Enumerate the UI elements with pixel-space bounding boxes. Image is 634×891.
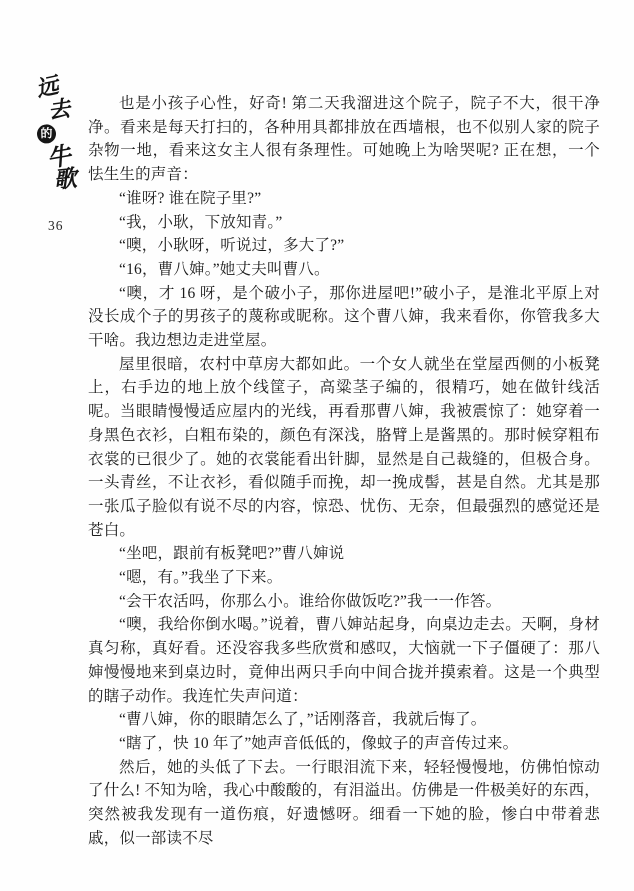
paragraph: 屋里很暗，农村中草房大都如此。一个女人就坐在堂屋西侧的小板凳上，右手边的地上放个… (88, 353, 600, 543)
page-number: 36 (48, 218, 64, 234)
paragraph: 然后，她的头低了下去。一行眼泪流下来，轻轻慢慢地，仿佛怕惊动了什么! 不知为啥，… (88, 756, 600, 851)
paragraph: “瞎了，快 10 年了”她声音低低的，像蚊子的声音传过来。 (88, 732, 600, 756)
logo-char-ge: 歌 (52, 167, 77, 192)
paragraph: “噢，我给你倒水喝。”说着，曹八婶站起身，向桌边走去。天啊，身材真匀称，真好看。… (88, 613, 600, 708)
paragraph: “我，小耿，下放知青。” (88, 211, 600, 235)
paragraph: “坐吧，跟前有板凳吧?”曹八婶说 (88, 542, 600, 566)
book-page: 远 去 的 牛 歌 36 也是小孩子心性，好奇! 第二天我溜进这个院子，院子不大… (0, 0, 634, 891)
paragraph: “嗯，有。”我坐了下来。 (88, 566, 600, 590)
logo-char-qu: 去 (47, 98, 72, 124)
paragraph: “谁呀? 谁在院子里?” (88, 187, 600, 211)
left-gutter: 远 去 的 牛 歌 36 (0, 0, 88, 891)
book-title-calligraphy: 远 去 的 牛 歌 (32, 75, 86, 192)
paragraph: “曹八婶，你的眼睛怎么了，”话刚落音，我就后悔了。 (88, 708, 600, 732)
paragraph: “16，曹八婶。”她丈夫叫曹八。 (88, 258, 600, 282)
body-text: 也是小孩子心性，好奇! 第二天我溜进这个院子，院子不大，很干净净。看来是每天打扫… (88, 92, 600, 851)
paragraph: “噢，才 16 呀，是个破小子，那你进屋吧!”破小子，是淮北平原上对没长成个子的… (88, 282, 600, 353)
paragraph: “噢，小耿呀，听说过，多大了?” (88, 234, 600, 258)
logo-char-de-circle: 的 (37, 124, 57, 144)
paragraph: “会干农活吗，你那么小。谁给你做饭吃?”我一一作答。 (88, 590, 600, 614)
paragraph: 也是小孩子心性，好奇! 第二天我溜进这个院子，院子不大，很干净净。看来是每天打扫… (88, 92, 600, 187)
